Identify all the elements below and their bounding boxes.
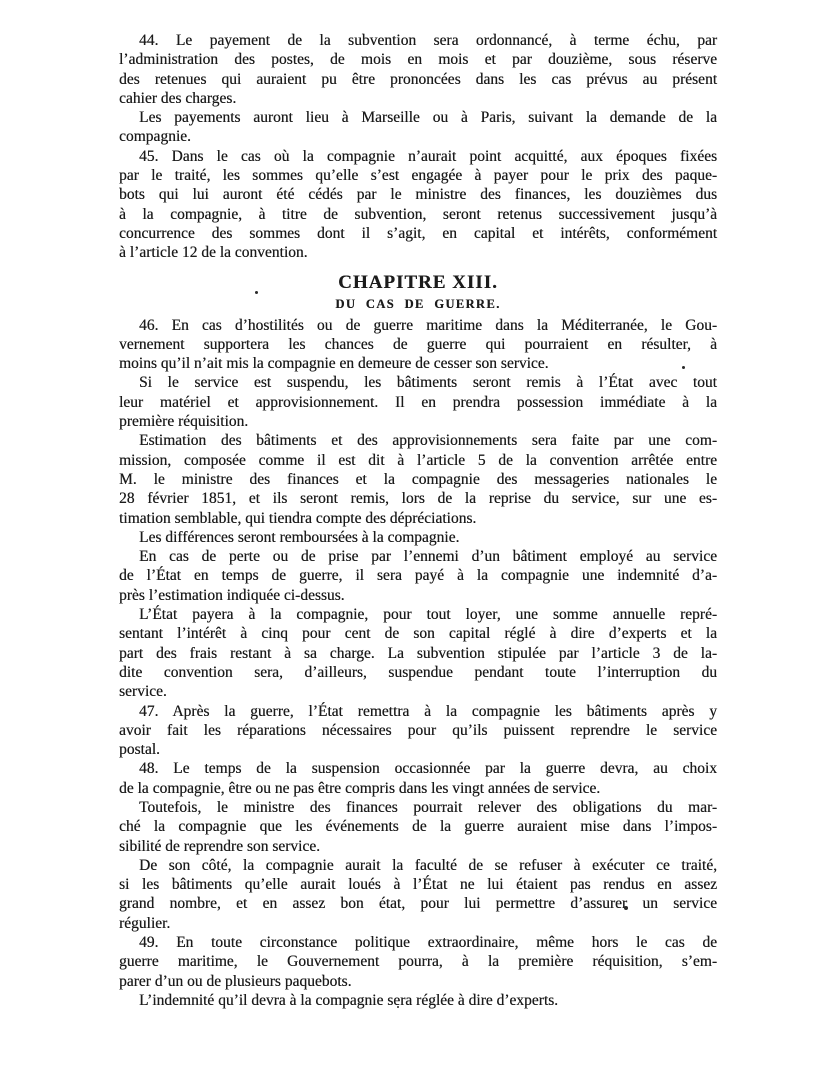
text-line: guerre maritime, le Gouvernement pourra,… xyxy=(119,952,717,971)
text-line: 28 février 1851, et ils seront remis, lo… xyxy=(119,489,717,508)
paragraph: 44. Le payement de la subvention sera or… xyxy=(119,31,717,108)
text-line: sentant l’intérêt à cinq pour cent de so… xyxy=(119,624,717,643)
text-line: De son côté, la compagnie aurait la facu… xyxy=(119,856,717,875)
text-line: à la compagnie, à titre de subvention, s… xyxy=(119,205,717,224)
text-line: ché la compagnie que les événements de l… xyxy=(119,817,717,836)
text-line: leur matériel et approvisionnement. Il e… xyxy=(119,393,717,412)
text-line: parer d’un ou de plusieurs paquebots. xyxy=(119,972,717,991)
text-line: Toutefois, le ministre des finances pour… xyxy=(119,798,717,817)
text-line: 47. Après la guerre, l’État remettra à l… xyxy=(119,702,717,721)
paragraph: Estimation des bâtiments et des approvis… xyxy=(119,431,717,527)
text-line: moins qu’il n’ait mis la compagnie en de… xyxy=(119,354,717,373)
text-line: près l’estimation indiquée ci-dessus. xyxy=(119,586,717,605)
text-line: première réquisition. xyxy=(119,412,717,431)
text-line: compagnie. xyxy=(119,127,717,146)
text-line: postal. xyxy=(119,740,717,759)
ink-speck xyxy=(255,291,258,294)
paragraph: De son côté, la compagnie aurait la facu… xyxy=(119,856,717,933)
text-line: 45. Dans le cas où la compagnie n’aurait… xyxy=(119,147,717,166)
paragraph: 48. Le temps de la suspension occasionné… xyxy=(119,759,717,798)
paragraph: Les payements auront lieu à Marseille ou… xyxy=(119,108,717,147)
text-line: concurrence des sommes dont il s’agit, e… xyxy=(119,224,717,243)
paragraph: 46. En cas d’hostilités ou de guerre mar… xyxy=(119,316,717,374)
text-line: avoir fait les réparations nécessaires p… xyxy=(119,721,717,740)
text-line: Si le service est suspendu, les bâtiment… xyxy=(119,373,717,392)
text-line: L’indemnité qu’il devra à la compagnie s… xyxy=(119,991,717,1010)
text-line: vernement supportera les chances de guer… xyxy=(119,335,717,354)
text-line: part des frais restant à sa charge. La s… xyxy=(119,644,717,663)
ink-speck xyxy=(682,366,685,369)
paragraph: Toutefois, le ministre des finances pour… xyxy=(119,798,717,856)
text-line: timation semblable, qui tiendra compte d… xyxy=(119,509,717,528)
chapter-heading: CHAPITRE XIII.DU CAS DE GUERRE. xyxy=(119,270,717,313)
text-line: sibilité de reprendre son service. xyxy=(119,837,717,856)
paragraph: Si le service est suspendu, les bâtiment… xyxy=(119,373,717,431)
text-line: M. le ministre des finances et la compag… xyxy=(119,470,717,489)
text-line: grand nombre, et en assez bon état, pour… xyxy=(119,894,717,913)
text-line: cahier des charges. xyxy=(119,89,717,108)
chapter-subtitle: DU CAS DE GUERRE. xyxy=(119,295,717,313)
text-line: 46. En cas d’hostilités ou de guerre mar… xyxy=(119,316,717,335)
text-line: dite convention sera, d’ailleurs, suspen… xyxy=(119,663,717,682)
text-line: 44. Le payement de la subvention sera or… xyxy=(119,31,717,50)
text-line: de la compagnie, être ou ne pas être com… xyxy=(119,779,717,798)
chapter-title: CHAPITRE XIII. xyxy=(119,270,717,295)
paragraph: L’indemnité qu’il devra à la compagnie s… xyxy=(119,991,717,1010)
document-page: 44. Le payement de la subvention sera or… xyxy=(0,0,830,1081)
text-line: Les différences seront remboursées à la … xyxy=(119,528,717,547)
text-line: 48. Le temps de la suspension occasionné… xyxy=(119,759,717,778)
text-line: l’administration des postes, de mois en … xyxy=(119,50,717,69)
text-line: par le traité, les sommes qu’elle s’est … xyxy=(119,166,717,185)
text-line: L’État payera à la compagnie, pour tout … xyxy=(119,605,717,624)
text-line: régulier. xyxy=(119,914,717,933)
text-line: service. xyxy=(119,682,717,701)
paragraph: En cas de perte ou de prise par l’ennemi… xyxy=(119,547,717,605)
text-column: 44. Le payement de la subvention sera or… xyxy=(119,31,717,1010)
paragraph: L’État payera à la compagnie, pour tout … xyxy=(119,605,717,701)
ink-speck xyxy=(397,1006,399,1008)
text-line: de l’État en temps de guerre, il sera pa… xyxy=(119,566,717,585)
text-line: Les payements auront lieu à Marseille ou… xyxy=(119,108,717,127)
text-line: Estimation des bâtiments et des approvis… xyxy=(119,431,717,450)
paragraph: 49. En toute circonstance politique extr… xyxy=(119,933,717,991)
text-line: à l’article 12 de la convention. xyxy=(119,243,717,262)
text-line: mission, composée comme il est dit à l’a… xyxy=(119,451,717,470)
text-line: des retenues qui auraient pu être pronon… xyxy=(119,70,717,89)
paragraph: Les différences seront remboursées à la … xyxy=(119,528,717,547)
paragraph: 45. Dans le cas où la compagnie n’aurait… xyxy=(119,147,717,263)
paragraph: 47. Après la guerre, l’État remettra à l… xyxy=(119,702,717,760)
ink-speck xyxy=(624,906,628,910)
text-line: 49. En toute circonstance politique extr… xyxy=(119,933,717,952)
text-line: si les bâtiments qu’elle aurait loués à … xyxy=(119,875,717,894)
text-line: En cas de perte ou de prise par l’ennemi… xyxy=(119,547,717,566)
text-line: bots qui lui auront été cédés par le min… xyxy=(119,185,717,204)
